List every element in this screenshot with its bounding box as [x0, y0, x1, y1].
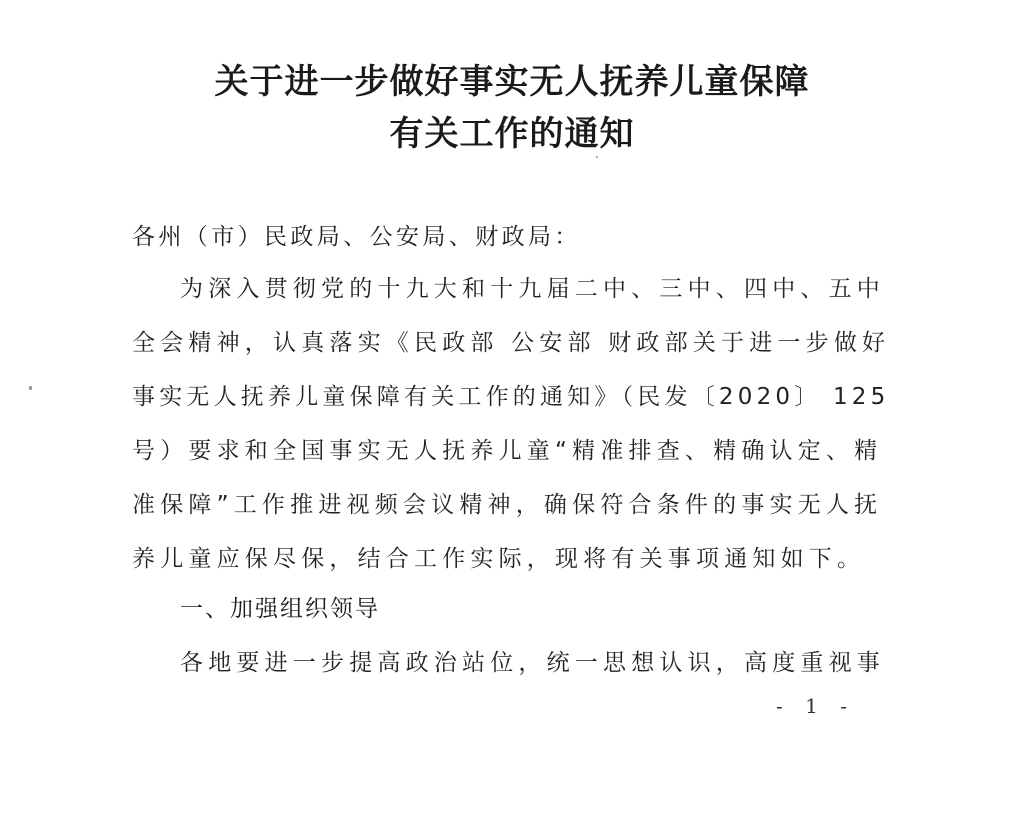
- body-line-6: 养儿童应保尽保，结合工作实际，现将有关事项通知如下。: [132, 544, 852, 574]
- salutation: 各州（市）民政局、公安局、财政局：: [132, 222, 852, 252]
- section-first-line: 各地要进一步提高政治站位，统一思想认识，高度重视事: [180, 648, 900, 678]
- scan-speck: [29, 386, 32, 390]
- body-line-3: 事实无人抚养儿童保障有关工作的通知》（民发〔2020〕 125: [132, 382, 852, 412]
- page-number: - 1 -: [776, 694, 855, 718]
- body-line-2: 全会精神，认真落实《民政部 公安部 财政部关于进一步做好: [132, 328, 852, 358]
- body-line-5: 准保障”工作推进视频会议精神，确保符合条件的事实无人抚: [132, 490, 852, 520]
- document-title-line-2: 有关工作的通知: [0, 106, 1024, 155]
- section-heading: 一、加强组织领导: [180, 594, 900, 624]
- document-page: 关于进一步做好事实无人抚养儿童保障 有关工作的通知 各州（市）民政局、公安局、财…: [0, 0, 1024, 839]
- body-line-1: 为深入贯彻党的十九大和十九届二中、三中、四中、五中: [180, 274, 900, 304]
- body-line-4: 号）要求和全国事实无人抚养儿童“精准排查、精确认定、精: [132, 436, 852, 466]
- document-title-line-1: 关于进一步做好事实无人抚养儿童保障: [0, 54, 1024, 103]
- scan-speck: [596, 156, 598, 158]
